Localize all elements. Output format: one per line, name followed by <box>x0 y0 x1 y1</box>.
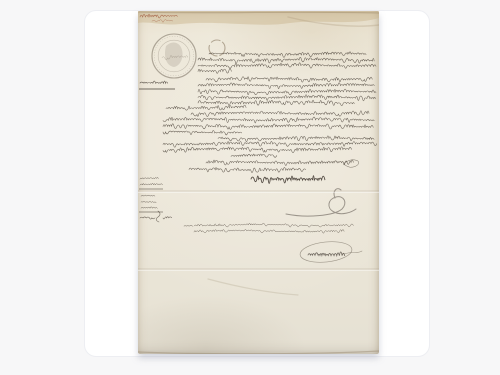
closing-line <box>189 167 306 172</box>
registration-folio-number <box>184 225 193 226</box>
registration-note-line-1 <box>194 223 353 227</box>
image-card <box>84 10 430 357</box>
fees-table-row-4 <box>141 201 156 202</box>
body-line-2 <box>198 57 374 63</box>
body-line-18 <box>231 154 277 157</box>
body-line-3 <box>198 63 376 68</box>
body-line-9 <box>198 100 354 105</box>
body-line-12 <box>163 117 374 123</box>
body-line-16 <box>163 142 377 148</box>
fees-table-row-5 <box>141 207 157 208</box>
body-line-7 <box>198 89 376 95</box>
signature-paraph <box>308 252 345 256</box>
body-line-13 <box>163 124 373 130</box>
body-line-4 <box>198 69 231 74</box>
body-line-14 <box>163 131 242 135</box>
body-line-17 <box>163 147 352 153</box>
signature-paraph-tail <box>344 251 362 254</box>
body-line-5 <box>206 77 372 82</box>
fees-table-total-row <box>140 217 155 219</box>
body-line-8 <box>198 95 375 101</box>
body-line-10 <box>166 105 246 110</box>
fees-table-row-3 <box>141 195 155 196</box>
body-line-11 <box>191 111 369 117</box>
paper-top-rim <box>138 12 379 13</box>
signature-paraph-oval <box>299 239 353 264</box>
clerk-signature <box>251 176 325 184</box>
margin-heading-word <box>140 81 168 83</box>
signed-names-line <box>206 160 353 165</box>
page-background <box>0 0 500 375</box>
document-photo[interactable] <box>138 11 379 354</box>
fees-table-row-1 <box>140 177 158 179</box>
bottom-left-crease <box>208 279 298 295</box>
registration-note-line-2 <box>194 229 344 233</box>
body-line-15 <box>218 136 374 142</box>
fees-total-value <box>163 217 172 219</box>
fees-table-row-2 <box>140 183 163 185</box>
round-official-seal-emblem <box>165 43 183 67</box>
fees-total-brace <box>156 211 160 222</box>
body-line-6 <box>198 83 374 89</box>
body-line-1 <box>209 52 366 58</box>
document-ink-layer <box>138 11 379 354</box>
paper-bottom-edge-shade <box>138 351 379 354</box>
